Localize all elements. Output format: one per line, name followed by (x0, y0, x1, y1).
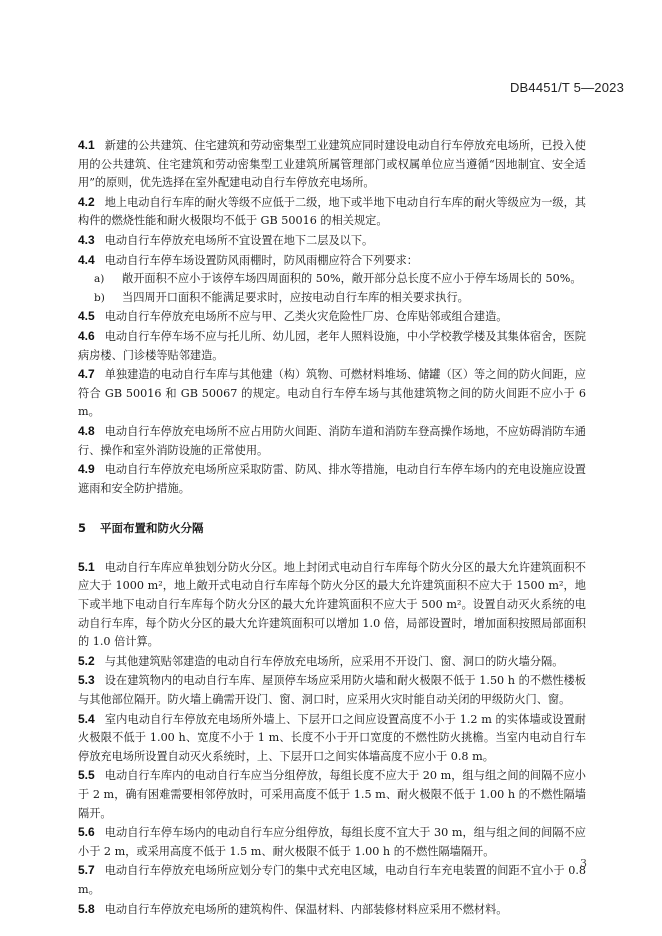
clause-5-4: 5.4室内电动自行车停放充电场所外墙上、下层开口之间应设置高度不小于 1.2 m… (78, 710, 586, 767)
clause-4-3: 4.3电动自行车停放充电场所不宜设置在地下二层及以下。 (78, 231, 586, 251)
clause-4-4-item-a: a)敞开面积不应小于该停车场四周面积的 50%，敞开部分总长度不应小于停车场周长… (78, 270, 586, 289)
clause-5-6: 5.6电动自行车停车场内的电动自行车应分组停放，每组长度不宜大于 30 m，组与… (78, 823, 586, 861)
clause-4-4: 4.4电动自行车停车场设置防风雨棚时，防风雨棚应符合下列要求： (78, 251, 586, 271)
section-5-heading: 5平面布置和防火分隔 (78, 519, 586, 538)
clause-5-7: 5.7电动自行车停放充电场所应划分专门的集中式充电区域，电动自行车充电装置的间距… (78, 861, 586, 899)
clause-4-4-item-b: b)当四周开口面积不能满足要求时，应按电动自行车库的相关要求执行。 (78, 289, 586, 308)
clause-4-7: 4.7单独建造的电动自行车库与其他建（构）筑物、可燃材料堆场、储罐（区）等之间的… (78, 365, 586, 422)
section-4: 4.1新建的公共建筑、住宅建筑和劳动密集型工业建筑应同时建设电动自行车停放充电场… (78, 136, 586, 498)
clause-5-8: 5.8电动自行车停放充电场所的建筑构件、保温材料、内部装修材料应采用不燃材料。 (78, 900, 586, 920)
document-body: 4.1新建的公共建筑、住宅建筑和劳动密集型工业建筑应同时建设电动自行车停放充电场… (78, 136, 586, 919)
clause-4-1: 4.1新建的公共建筑、住宅建筑和劳动密集型工业建筑应同时建设电动自行车停放充电场… (78, 136, 586, 193)
clause-5-3: 5.3设在建筑物内的电动自行车库、屋顶停车场应采用防火墙和耐火极限不低于 1.5… (78, 671, 586, 709)
page-number: 3 (580, 857, 587, 870)
clause-4-8: 4.8电动自行车停放充电场所不应占用防火间距、消防车道和消防车登高操作场地，不应… (78, 422, 586, 460)
clause-4-9: 4.9电动自行车停放充电场所应采取防雷、防风、排水等措施，电动自行车停车场内的充… (78, 460, 586, 498)
clause-4-6: 4.6电动自行车停车场不应与托儿所、幼儿园，老年人照料设施，中小学校教学楼及其集… (78, 327, 586, 365)
clause-4-5: 4.5电动自行车停放充电场所不应与甲、乙类火灾危险性厂房、仓库贴邻或组合建造。 (78, 307, 586, 327)
section-5: 5.1电动自行车库应单独划分防火分区。地上封闭式电动自行车库每个防火分区的最大允… (78, 558, 586, 919)
clause-5-2: 5.2与其他建筑贴邻建造的电动自行车停放充电场所，应采用不开设门、窗、洞口的防火… (78, 652, 586, 672)
clause-4-2: 4.2地上电动自行车库的耐火等级不应低于二级，地下或半地下电动自行车库的耐火等级… (78, 193, 586, 231)
clause-5-1: 5.1电动自行车库应单独划分防火分区。地上封闭式电动自行车库每个防火分区的最大允… (78, 558, 586, 652)
clause-5-5: 5.5电动自行车库内的电动自行车应当分组停放，每组长度不应大于 20 m，组与组… (78, 766, 586, 823)
document-code: DB4451/T 5—2023 (510, 80, 624, 95)
